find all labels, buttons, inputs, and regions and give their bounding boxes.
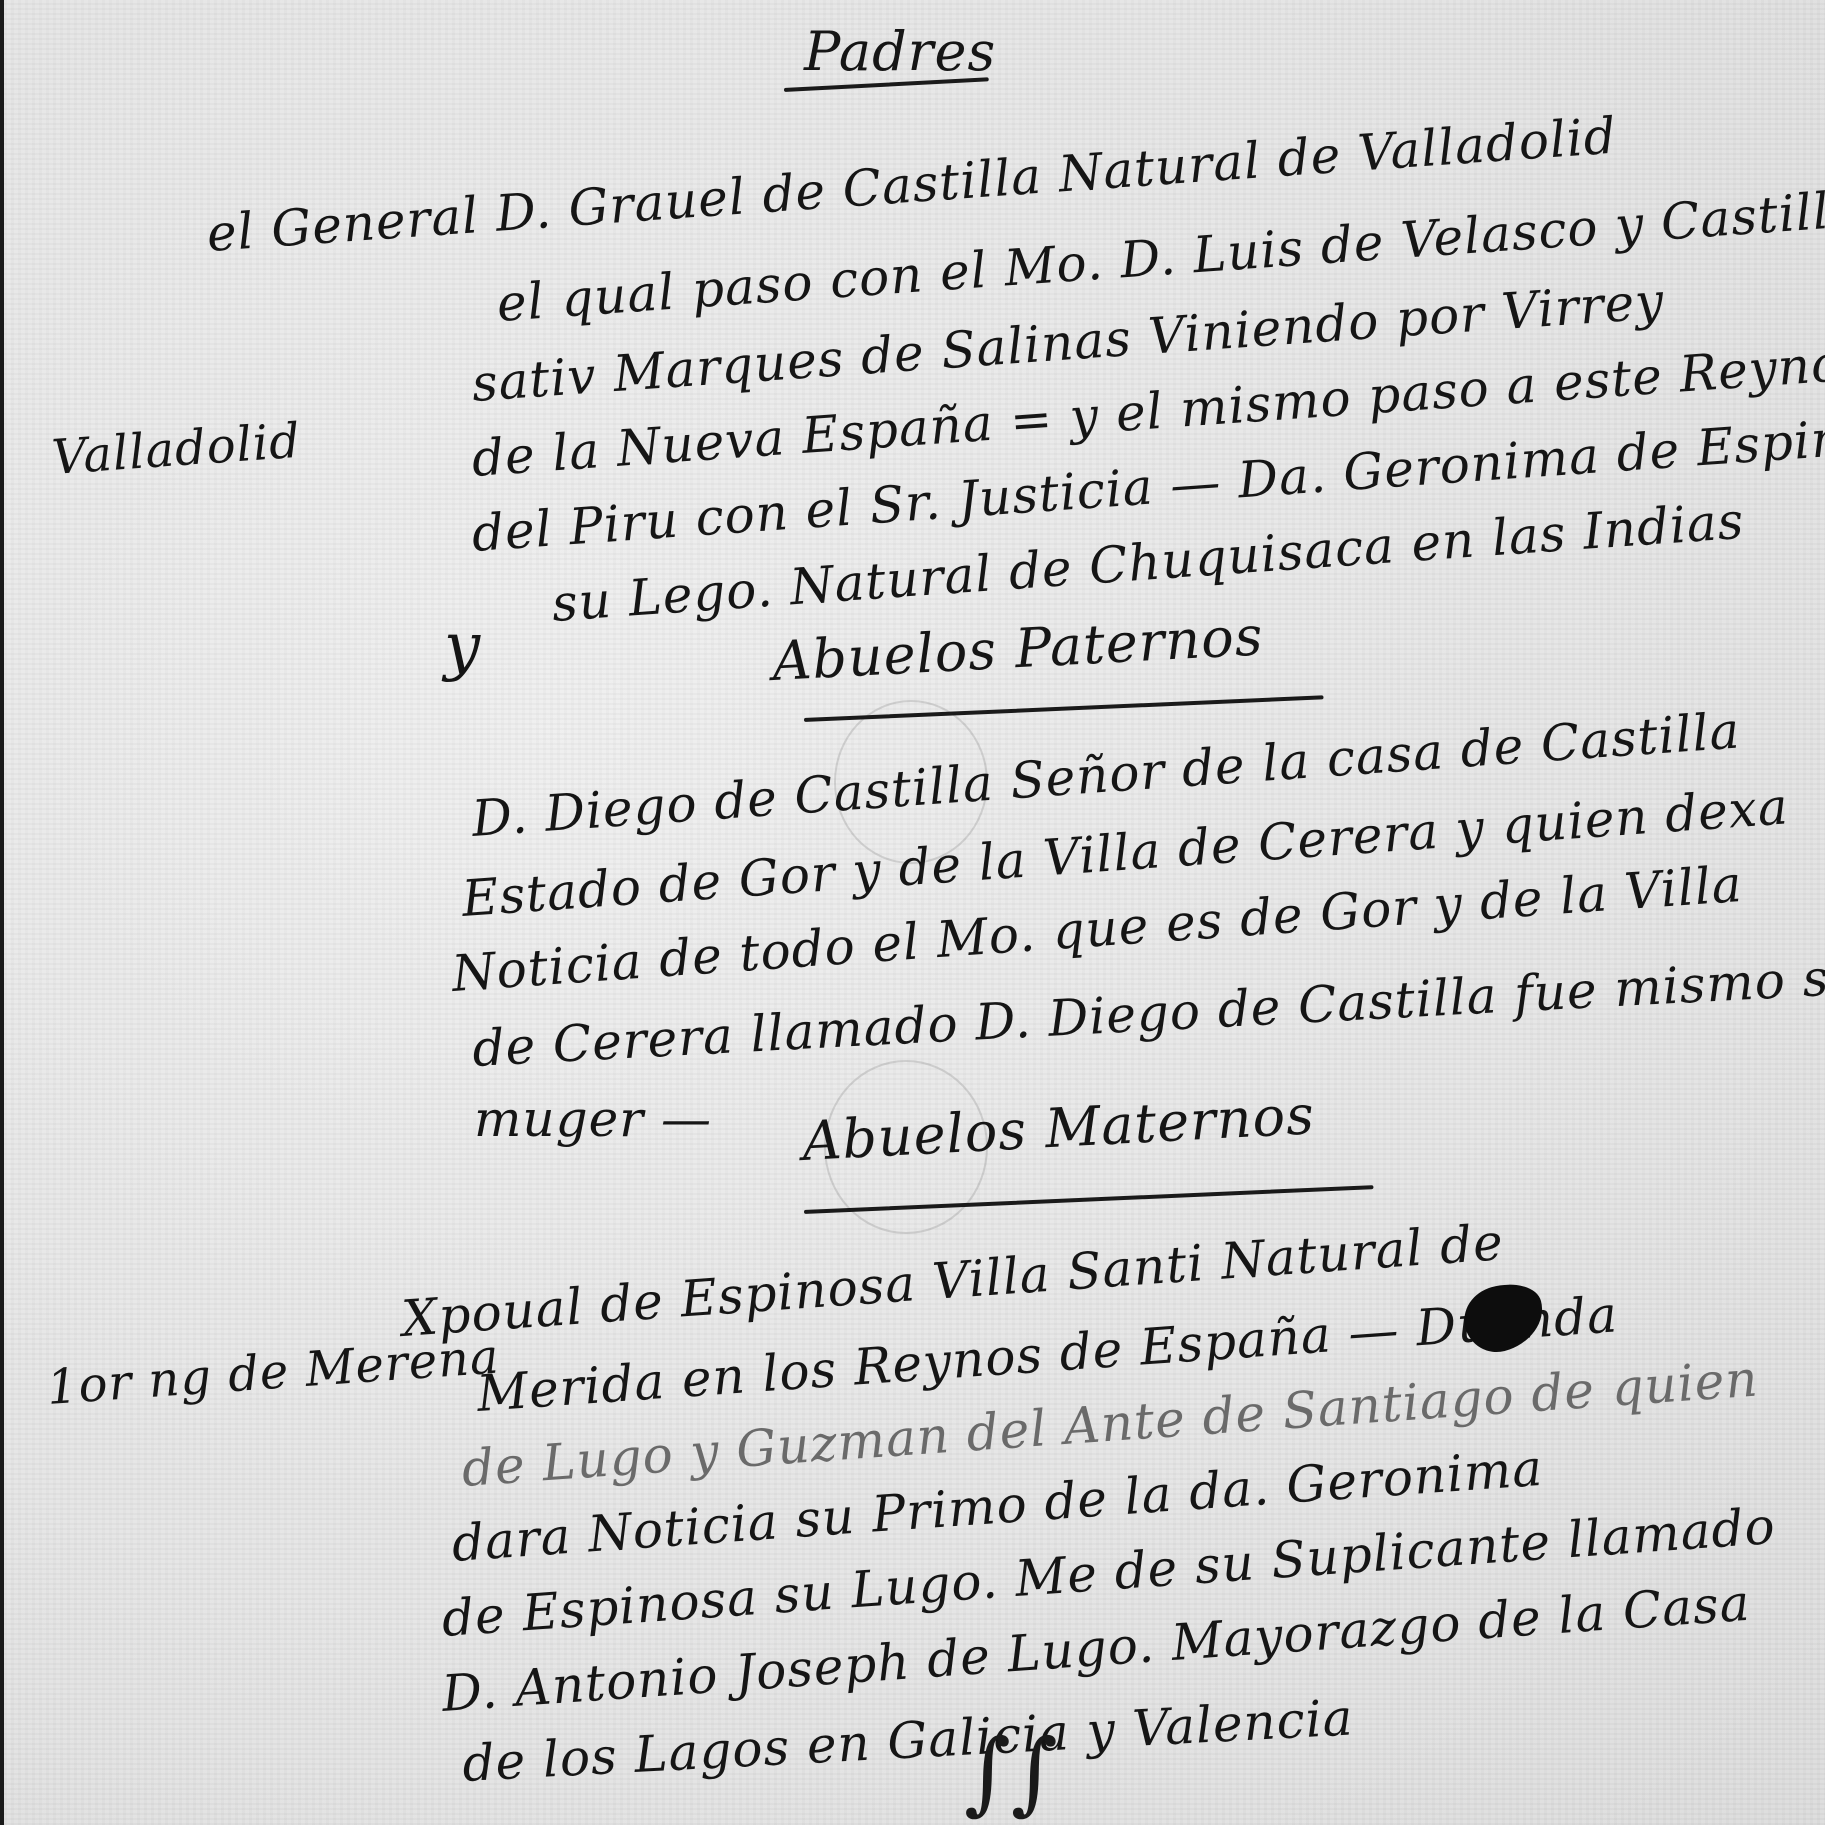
margin-note: 1or ng de Merena: [45, 1329, 501, 1416]
heading-abuelos-paternos: Abuelos Paternos: [771, 604, 1265, 693]
heading-padres: Padres: [804, 20, 996, 83]
text-line: y: [444, 610, 481, 684]
margin-note: Valladolid: [50, 413, 303, 486]
signature-rubric-icon: ∫∫: [964, 1720, 1058, 1825]
manuscript-page: Padres el General D. Grauel de Castilla …: [0, 0, 1825, 1825]
text-line: muger —: [474, 1090, 712, 1148]
